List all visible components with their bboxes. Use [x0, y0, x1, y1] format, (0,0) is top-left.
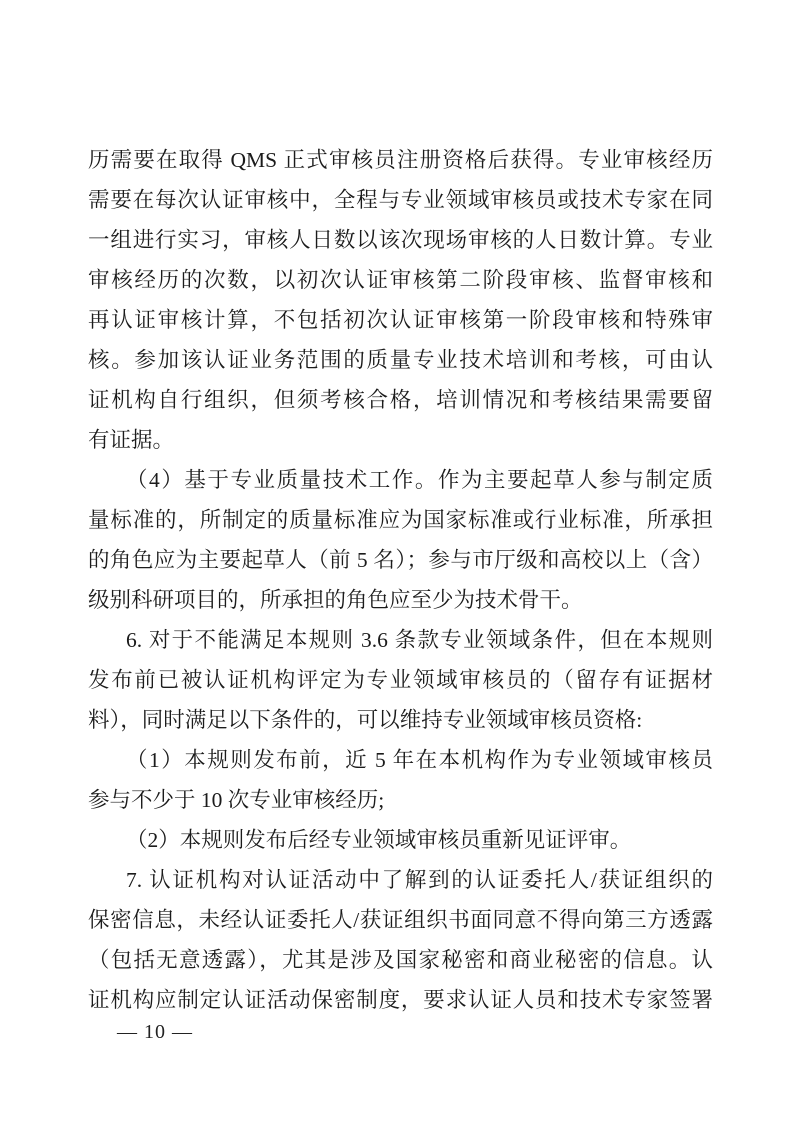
- text-line: 再认证审核计算，不包括初次认证审核第一阶段审核和特殊审: [88, 300, 713, 340]
- text-line: 料），同时满足以下条件的，可以维持专业领域审核员资格:: [88, 700, 713, 740]
- paragraph: （2）本规则发布后经专业领域审核员重新见证评审。: [88, 820, 713, 860]
- text-line: （4）基于专业质量技术工作。作为主要起草人参与制定质: [88, 460, 713, 500]
- text-line: 证机构自行组织，但须考核合格，培训情况和考核结果需要留: [88, 380, 713, 420]
- text-line: 核。参加该认证业务范围的质量专业技术培训和考核，可由认: [88, 340, 713, 380]
- text-line: 量标准的，所制定的质量标准应为国家标准或行业标准，所承担: [88, 500, 713, 540]
- text-line: 需要在每次认证审核中，全程与专业领域审核员或技术专家在同: [88, 180, 713, 220]
- text-line: 的角色应为主要起草人（前 5 名）；参与市厅级和高校以上（含）: [88, 540, 713, 580]
- text-line: （1）本规则发布前，近 5 年在本机构作为专业领域审核员: [88, 740, 713, 780]
- text-line: 6. 对于不能满足本规则 3.6 条款专业领域条件，但在本规则: [88, 620, 713, 660]
- page-number-footer: — 10 —: [117, 1012, 193, 1052]
- paragraph: 6. 对于不能满足本规则 3.6 条款专业领域条件，但在本规则发布前已被认证机构…: [88, 620, 713, 740]
- paragraph: 7. 认证机构对认证活动中了解到的认证委托人/获证组织的保密信息，未经认证委托人…: [88, 860, 713, 1020]
- paragraph: （4）基于专业质量技术工作。作为主要起草人参与制定质量标准的，所制定的质量标准应…: [88, 460, 713, 620]
- text-line: 级别科研项目的，所承担的角色应至少为技术骨干。: [88, 580, 713, 620]
- text-line: 7. 认证机构对认证活动中了解到的认证委托人/获证组织的: [88, 860, 713, 900]
- text-line: 发布前已被认证机构评定为专业领域审核员的（留存有证据材: [88, 660, 713, 700]
- document-page: 历需要在取得 QMS 正式审核员注册资格后获得。专业审核经历需要在每次认证审核中…: [0, 0, 800, 1130]
- text-line: 有证据。: [88, 420, 713, 460]
- page-number: — 10 —: [117, 1021, 193, 1043]
- text-line: （包括无意透露），尤其是涉及国家秘密和商业秘密的信息。认: [88, 940, 713, 980]
- text-line: 保密信息，未经认证委托人/获证组织书面同意不得向第三方透露: [88, 900, 713, 940]
- text-line: 审核经历的次数，以初次认证审核第二阶段审核、监督审核和: [88, 260, 713, 300]
- document-body: 历需要在取得 QMS 正式审核员注册资格后获得。专业审核经历需要在每次认证审核中…: [88, 140, 713, 1020]
- text-line: 一组进行实习，审核人日数以该次现场审核的人日数计算。专业: [88, 220, 713, 260]
- paragraph: （1）本规则发布前，近 5 年在本机构作为专业领域审核员参与不少于 10 次专业…: [88, 740, 713, 820]
- text-line: 参与不少于 10 次专业审核经历;: [88, 780, 713, 820]
- text-line: 历需要在取得 QMS 正式审核员注册资格后获得。专业审核经历: [88, 140, 713, 180]
- text-line: （2）本规则发布后经专业领域审核员重新见证评审。: [88, 820, 713, 860]
- paragraph: 历需要在取得 QMS 正式审核员注册资格后获得。专业审核经历需要在每次认证审核中…: [88, 140, 713, 460]
